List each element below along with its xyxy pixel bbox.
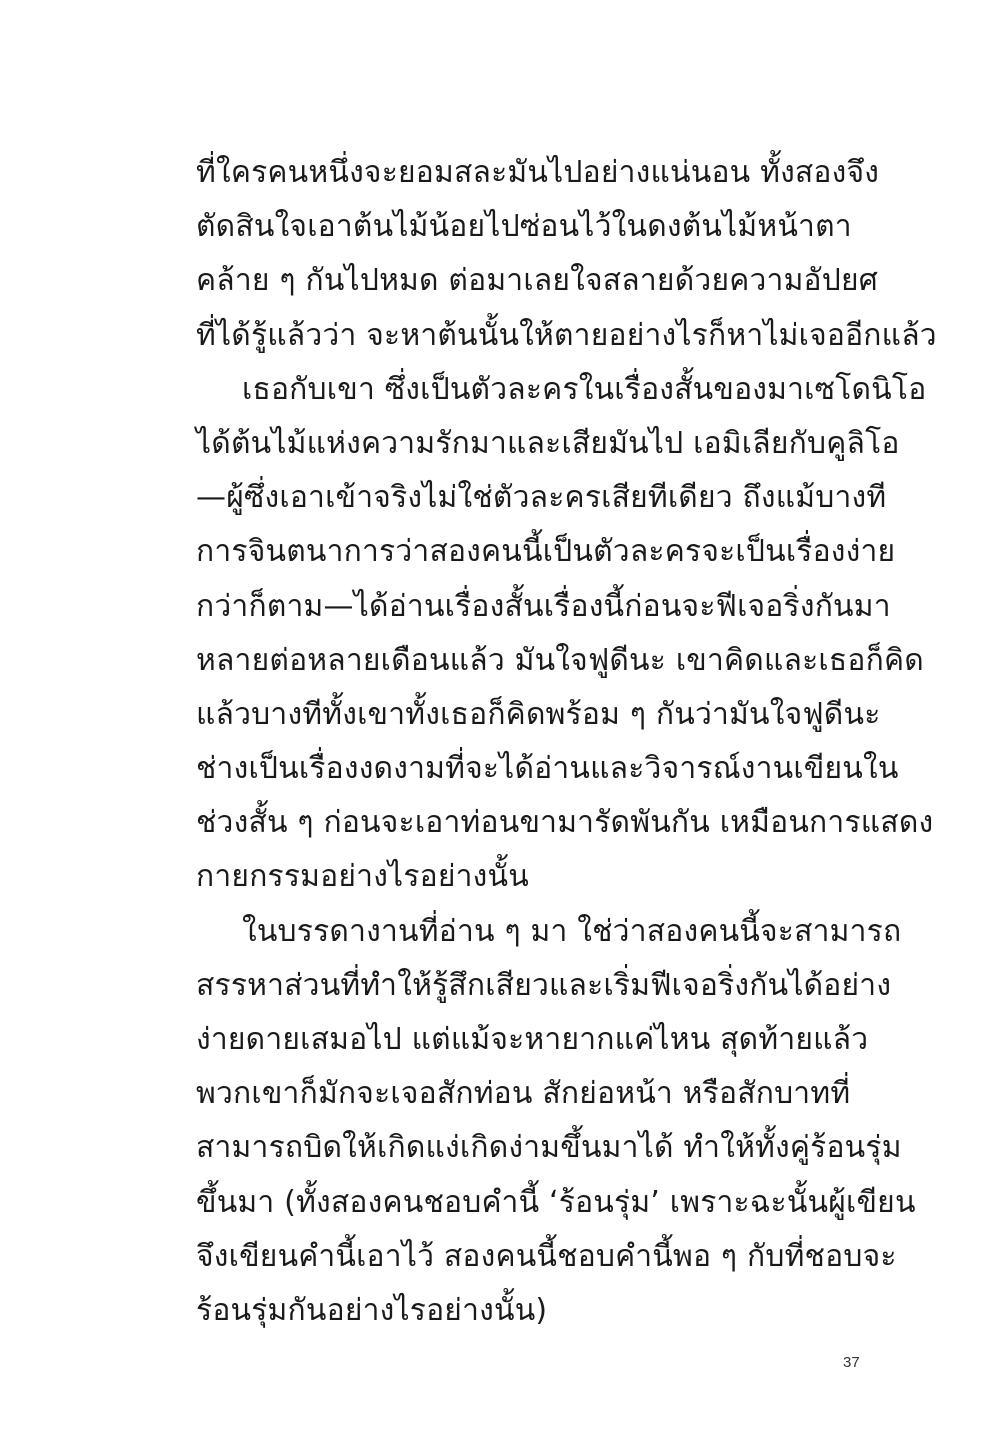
text-line: ตัดสินใจเอาต้นไม้น้อยไปซ่อนไว้ในดงต้นไม้…	[196, 200, 896, 254]
text-line: —ผู้ซึ่งเอาเข้าจริงไม่ใช่ตัวละครเสียทีเด…	[196, 471, 896, 525]
text-line-paragraph-start: ในบรรดางานที่อ่าน ๆ มา ใช่ว่าสองคนนี้จะส…	[196, 905, 896, 959]
body-text: ที่ใครคนหนึ่งจะยอมสละมันไปอย่างแน่นอน ทั…	[196, 146, 896, 1338]
text-line: สรรหาส่วนที่ทำให้รู้สึกเสียวและเริ่มฟีเจ…	[196, 959, 896, 1013]
text-line: กายกรรมอย่างไรอย่างนั้น	[196, 850, 896, 904]
text-line: ช่างเป็นเรื่องงดงามที่จะได้อ่านและวิจารณ…	[196, 742, 896, 796]
text-line: คล้าย ๆ กันไปหมด ต่อมาเลยใจสลายด้วยความอ…	[196, 254, 896, 308]
text-line: สามารถบิดให้เกิดแง่เกิดง่ามขึ้นมาได้ ทำใ…	[196, 1121, 896, 1175]
text-line: แล้วบางทีทั้งเขาทั้งเธอก็คิดพร้อม ๆ กันว…	[196, 688, 896, 742]
text-line: ที่ได้รู้แล้วว่า จะหาต้นนั้นให้ตายอย่างไ…	[196, 309, 896, 363]
text-line: ที่ใครคนหนึ่งจะยอมสละมันไปอย่างแน่นอน ทั…	[196, 146, 896, 200]
text-line: จึงเขียนคำนี้เอาไว้ สองคนนี้ชอบคำนี้พอ ๆ…	[196, 1230, 896, 1284]
text-line: ง่ายดายเสมอไป แต่แม้จะหายากแค่ไหน สุดท้า…	[196, 1013, 896, 1067]
text-line: ร้อนรุ่มกันอย่างไรอย่างนั้น)	[196, 1284, 896, 1338]
text-line: ขึ้นมา (ทั้งสองคนชอบคำนี้ ‘ร้อนรุ่ม’ เพร…	[196, 1176, 896, 1230]
text-line: การจินตนาการว่าสองคนนี้เป็นตัวละครจะเป็น…	[196, 525, 896, 579]
page-number: 37	[843, 1354, 860, 1371]
text-line-paragraph-start: เธอกับเขา ซึ่งเป็นตัวละครในเรื่องสั้นของ…	[196, 363, 896, 417]
text-line: พวกเขาก็มักจะเจอสักท่อน สักย่อหน้า หรือส…	[196, 1067, 896, 1121]
text-line: หลายต่อหลายเดือนแล้ว มันใจฟูดีนะ เขาคิดแ…	[196, 634, 896, 688]
book-page: ที่ใครคนหนึ่งจะยอมสละมันไปอย่างแน่นอน ทั…	[0, 0, 1000, 1440]
text-line: ได้ต้นไม้แห่งความรักมาและเสียมันไป เอมิเ…	[196, 417, 896, 471]
text-line: ช่วงสั้น ๆ ก่อนจะเอาท่อนขามารัดพันกัน เห…	[196, 796, 896, 850]
text-line: กว่าก็ตาม—ได้อ่านเรื่องสั้นเรื่องนี้ก่อน…	[196, 580, 896, 634]
